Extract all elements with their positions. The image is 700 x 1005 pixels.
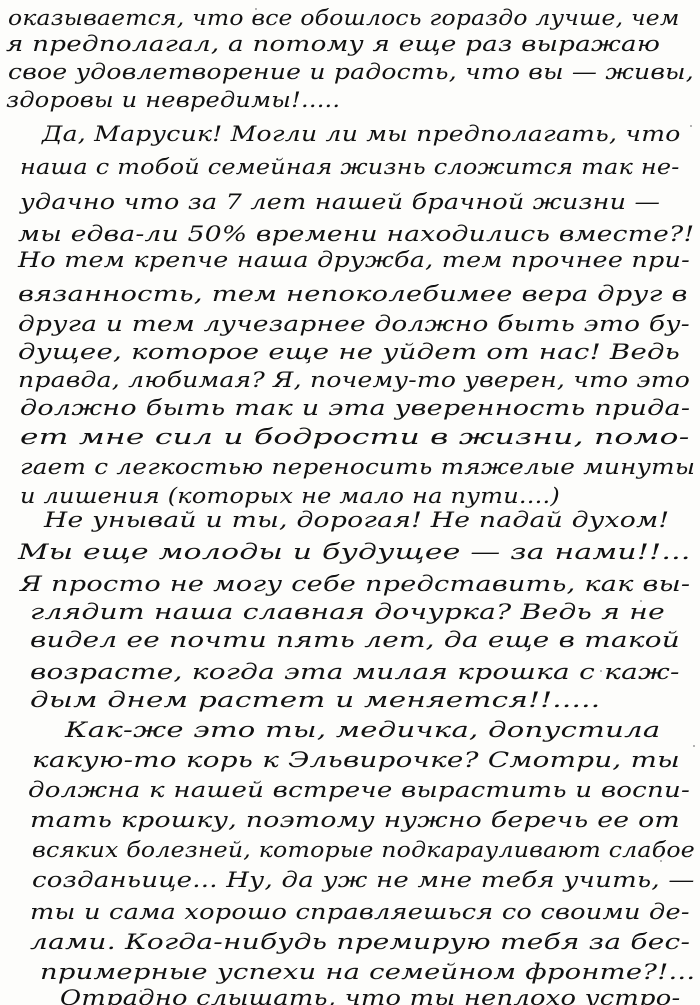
letter-page: оказывается, что все обошлось гораздо лу… (0, 0, 700, 1005)
letter-line: видел ее почти пять лет, да еще в такой (30, 628, 680, 652)
scan-speck (600, 670, 602, 672)
letter-line: друга и тем лучезарнее должно быть это б… (18, 312, 690, 336)
scan-speck (255, 8, 257, 10)
letter-line: Но тем крепче наша дружба, тем прочнее п… (18, 248, 690, 272)
letter-line: и лишения (которых не мало на пути....) (20, 484, 560, 508)
letter-line: я предполагал, а потому я еще раз выража… (6, 32, 660, 56)
paragraph-start-line: Отрадно слышать, что ты неплохо устро- (60, 986, 680, 1005)
letter-line: тать крошку, поэтому нужно беречь ее от (30, 808, 680, 832)
scan-speck (660, 860, 662, 862)
letter-line: возрасте, когда эта милая крошка с каж- (30, 660, 680, 684)
scan-speck (650, 18, 652, 20)
letter-line: глядит наша славная дочурка? Ведь я не (30, 600, 665, 624)
letter-line: должна к нашей встрече вырастить и воспи… (28, 778, 690, 802)
paragraph-start-line: Не унывай и ты, дорогая! Не падай духом! (44, 508, 669, 532)
scan-speck (140, 990, 142, 992)
scan-speck (640, 600, 642, 602)
scan-speck (690, 125, 692, 127)
letter-line: какую-то корь к Эльвирочке? Смотри, ты (32, 748, 680, 772)
letter-line: созданьице... Ну, да уж не мне тебя учит… (32, 868, 695, 892)
letter-line: правда, любимая? Я, почему-то уверен, чт… (18, 368, 690, 392)
paragraph-start-line: Как-же это ты, медичка, допустила (65, 718, 660, 742)
letter-line: Мы еще молоды и будущее — за нами!!... (18, 540, 691, 564)
letter-line: мы едва-ли 50% времени находились вместе… (18, 222, 694, 246)
paragraph-start-line: Да, Марусик! Могли ли мы предполагать, ч… (42, 122, 681, 146)
letter-line: оказывается, что все обошлось гораздо лу… (8, 6, 680, 30)
letter-line: свое удовлетворение и радость, что вы — … (8, 60, 694, 84)
letter-line: примерные успехи на семейном фронте?!... (40, 960, 695, 984)
letter-line: всяких болезней, которые подкарауливают … (32, 838, 695, 862)
letter-line: ты и сама хорошо справляешься со своими … (30, 900, 690, 924)
letter-line: дущее, которое еще не уйдет от нас! Ведь (18, 340, 680, 364)
letter-line: дым днем растет и меняется!!..... (30, 688, 600, 712)
letter-line: удачно что за 7 лет нашей брачной жизни … (20, 190, 660, 214)
letter-line: наша с тобой семейная жизнь сложится так… (20, 155, 680, 179)
letter-line: лами. Когда-нибудь премирую тебя за бес- (30, 930, 690, 954)
letter-line: должно быть так и эта уверенность прида- (20, 396, 690, 420)
letter-line: ет мне сил и бодрости в жизни, помо- (20, 425, 690, 449)
scan-speck (693, 745, 695, 747)
letter-line: вязанность, тем непоколебимее вера друг … (18, 282, 688, 306)
letter-line: здоровы и невредимы!..... (6, 88, 340, 112)
letter-line: Я просто не могу себе представить, как в… (20, 572, 690, 596)
letter-line: гает с легкостью переносить тяжелые мину… (20, 455, 695, 479)
